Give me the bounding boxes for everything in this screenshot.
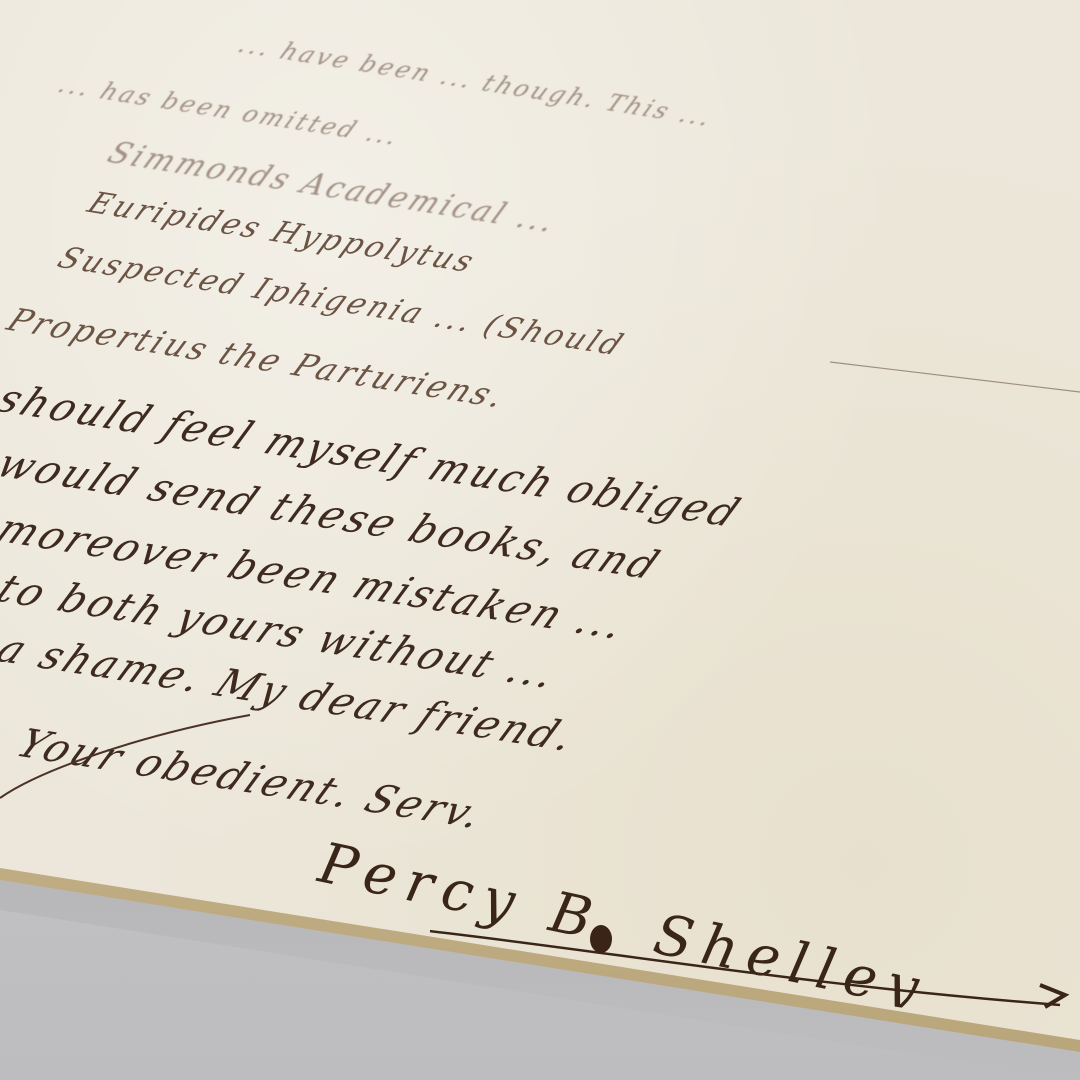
photo-scene: ... have been ... though. This ... ... h… [0, 0, 1080, 1080]
